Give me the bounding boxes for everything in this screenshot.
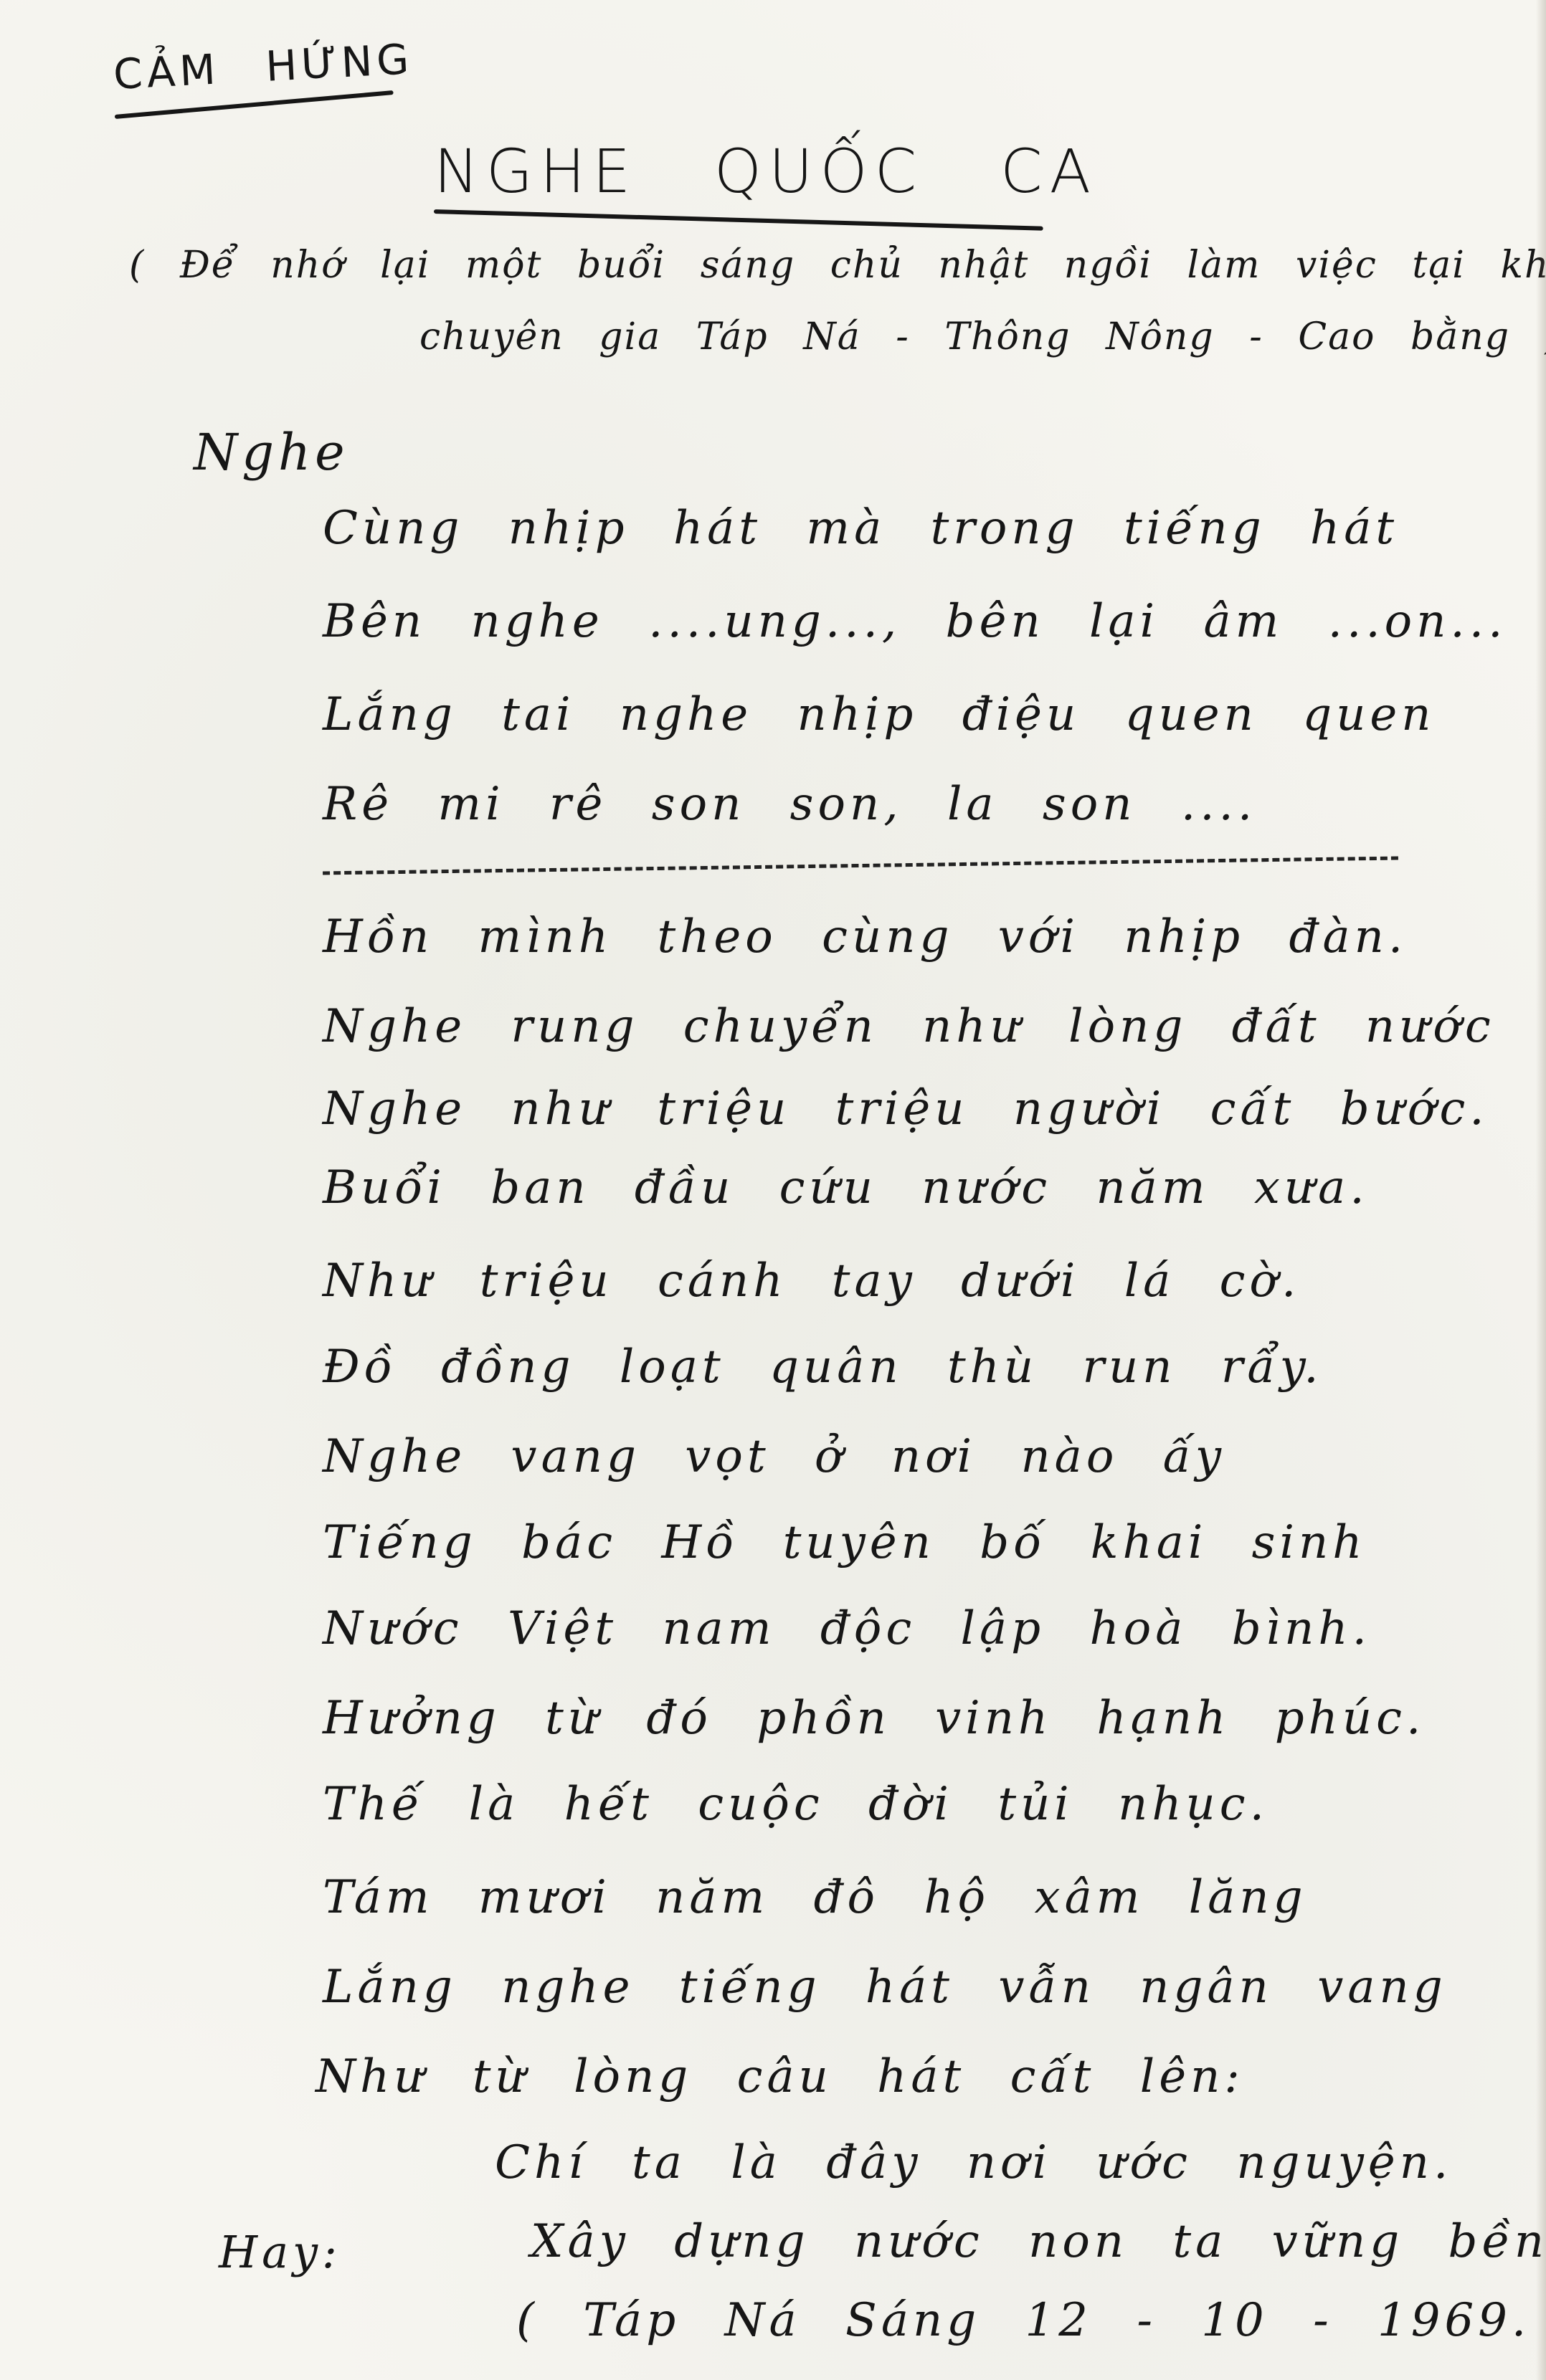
- stanza-separator: [323, 857, 1398, 875]
- poem-category: CẢM HỨNG: [112, 34, 414, 99]
- verse-line: Hồn mình theo cùng với nhịp đàn.: [323, 910, 1407, 963]
- verse-line: Nghe như triệu triệu người cất bước.: [323, 1082, 1489, 1136]
- dedication-line-1: ( Để nhớ lại một buổi sáng chủ nhật ngồi…: [129, 244, 1546, 287]
- verse-line: Tiếng bác Hồ tuyên bố khai sinh: [323, 1516, 1366, 1569]
- verse-line: Tám mươi năm đô hộ xâm lăng: [323, 1871, 1307, 1924]
- poem-title: NGHE QUỐC CA: [434, 136, 1098, 206]
- verse-line: Nước Việt nam độc lập hoà bình.: [323, 1602, 1371, 1655]
- verse-line: Rê mi rê son son, la son ....: [323, 778, 1256, 831]
- verse-line: Xây dựng nước non ta vững bền.: [531, 2215, 1546, 2268]
- verse-line: Như từ lòng câu hát cất lên:: [316, 2050, 1244, 2103]
- verse-line: Lắng tai nghe nhịp điệu quen quen: [323, 688, 1436, 741]
- verse-line: Nghe rung chuyển như lòng đất nước: [323, 1000, 1495, 1053]
- handwritten-poem-page: CẢM HỨNG NGHE QUỐC CA ( Để nhớ lại một b…: [0, 0, 1546, 2380]
- verse-line: Cùng nhịp hát mà trong tiếng hát: [323, 502, 1398, 555]
- verse-line: Lắng nghe tiếng hát vẫn ngân vang: [323, 1961, 1447, 2014]
- verse-line: Như triệu cánh tay dưới lá cờ.: [323, 1255, 1300, 1308]
- verse-line: Đồ đồng loạt quân thù run rẩy.: [323, 1341, 1323, 1394]
- verse-line: Thế là hết cuộc đời tủi nhục.: [323, 1778, 1268, 1831]
- verse-line: Chí ta là đây nơi ước nguyện.: [495, 2136, 1452, 2189]
- title-underline: [434, 209, 1043, 231]
- dedication-line-2: chuyên gia Táp Ná - Thông Nông - Cao bằn…: [419, 315, 1546, 358]
- verse-line: Nghe vang vọt ở nơi nào ấy: [323, 1430, 1225, 1483]
- date-signature: ( Táp Ná Sáng 12 - 10 - 1969. ): [516, 2294, 1546, 2347]
- verse-line: Buổi ban đầu cứu nước năm xưa.: [323, 1161, 1369, 1214]
- opening-word: Nghe: [194, 423, 349, 482]
- verse-line: Hưởng từ đó phồn vinh hạnh phúc.: [323, 1692, 1425, 1745]
- closing-label: Hay:: [219, 2226, 341, 2278]
- verse-line: Bên nghe ....ung..., bên lại âm ...on...: [323, 595, 1507, 648]
